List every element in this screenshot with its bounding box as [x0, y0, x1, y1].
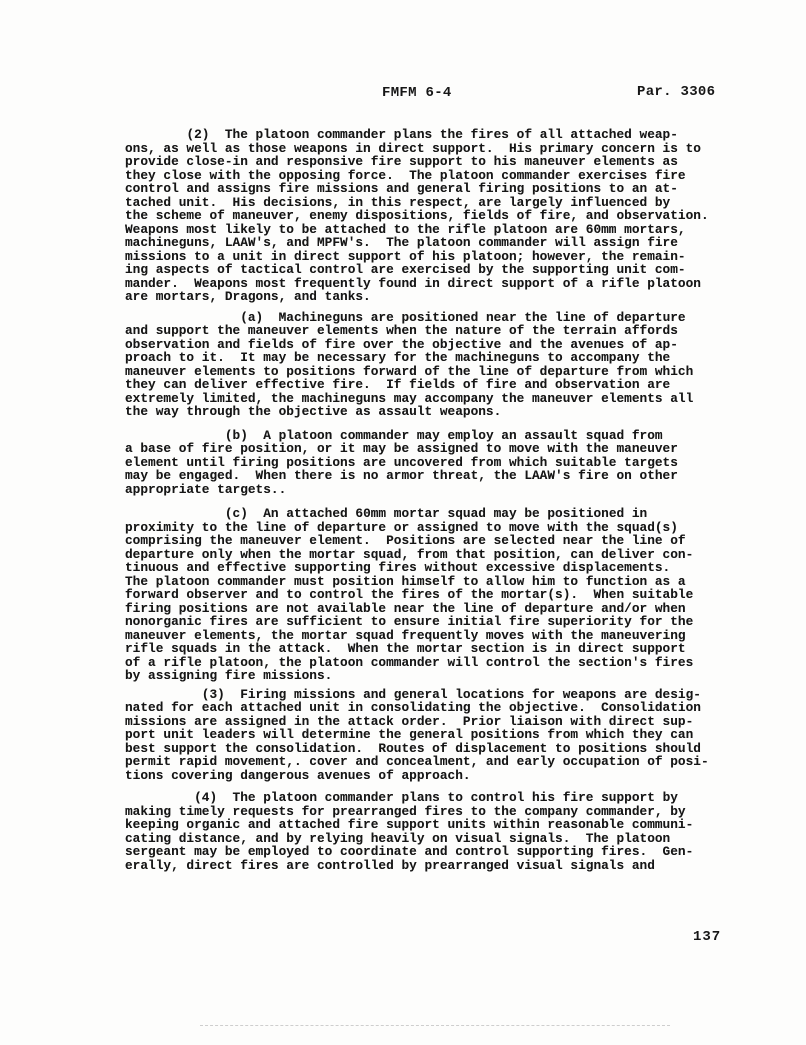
paragraph-2c: (c) An attached 60mm mortar squad may be… — [125, 507, 725, 683]
scan-artifact-line — [200, 1025, 670, 1026]
paragraph-2a: (a) Machineguns are positioned near the … — [125, 311, 725, 419]
paragraph-3: (3) Firing missions and general location… — [125, 688, 725, 783]
scanned-document-page: FMFM 6-4 Par. 3306 (2) The platoon comma… — [0, 0, 806, 1045]
header-paragraph-ref: Par. 3306 — [637, 84, 715, 100]
paragraph-2b: (b) A platoon commander may employ an as… — [125, 429, 725, 497]
page-number: 137 — [693, 929, 721, 945]
paragraph-4: (4) The platoon commander plans to contr… — [125, 791, 725, 872]
paragraph-2: (2) The platoon commander plans the fire… — [125, 128, 725, 304]
document-body: (2) The platoon commander plans the fire… — [125, 128, 725, 872]
header-manual-id: FMFM 6-4 — [382, 85, 452, 101]
